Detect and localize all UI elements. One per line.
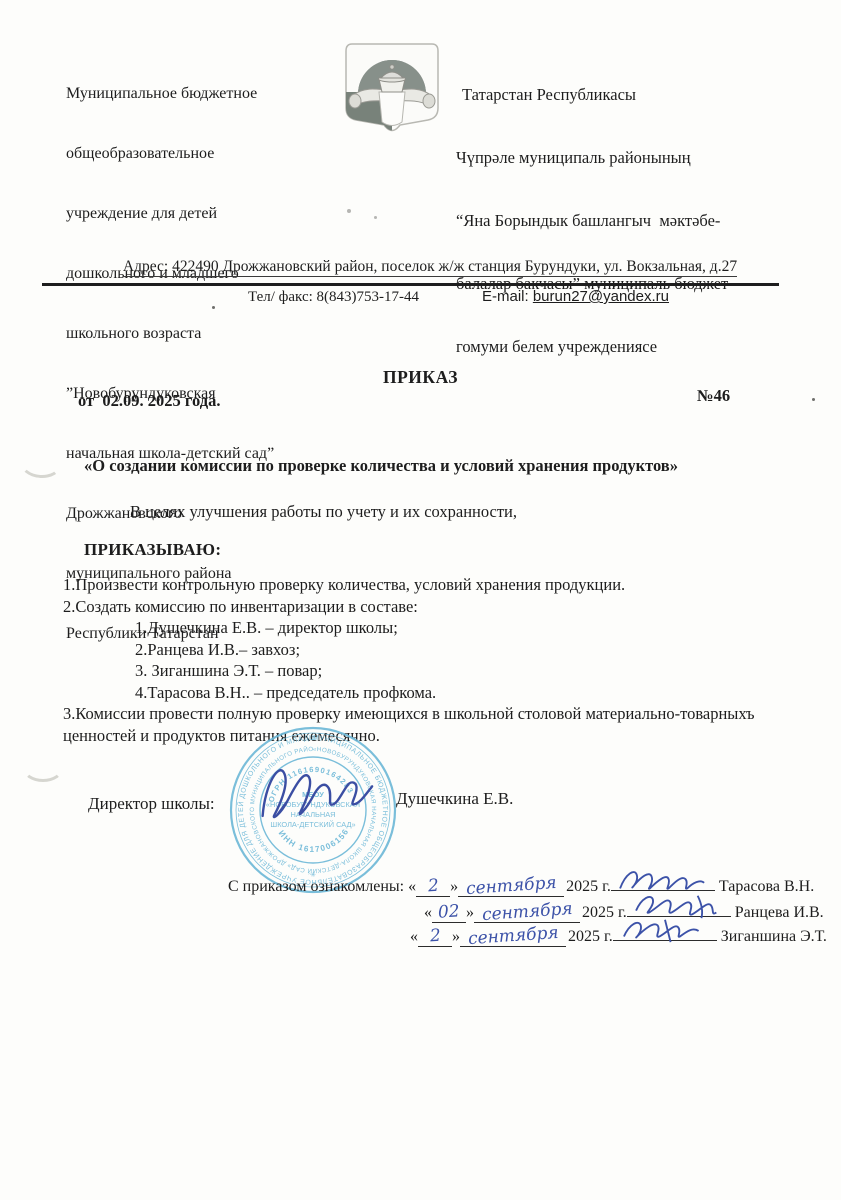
order-title: ПРИКАЗ	[0, 367, 841, 388]
ack-year: 2025 г.	[566, 878, 611, 895]
order-item-3: 3.Комиссии провести полную проверку имею…	[63, 703, 823, 746]
scan-artifact	[212, 306, 215, 309]
org-right-line: гомуми белем учреждениясе	[456, 336, 786, 357]
scan-artifact	[812, 398, 815, 401]
address-line: Адрес: 422490 Дрожжановский район, посел…	[70, 258, 790, 276]
phone-fax: Тел/ факс: 8(843)753-17-44	[248, 289, 419, 306]
scanned-order-document: Муниципальное бюджетное общеобразователь…	[0, 0, 841, 1200]
scan-artifact	[19, 447, 63, 480]
email-address: burun27@yandex.ru	[533, 288, 669, 305]
org-right-line: Татарстан Республикасы	[456, 84, 786, 105]
ack-name: Зиганшина Э.Т.	[721, 928, 827, 946]
email-label: E-mail:	[482, 288, 533, 305]
order-body: 1.Произвести контрольную проверку количе…	[63, 574, 823, 746]
org-left-line: учреждение для детей	[66, 204, 351, 224]
org-left-line: общеобразовательное	[66, 144, 351, 164]
ack-intro: С приказом ознакомлены:	[228, 878, 408, 895]
director-signature-scribble	[244, 741, 392, 835]
handwritten-month: сентября	[465, 876, 556, 896]
decree-word: ПРИКАЗЫВАЮ:	[84, 540, 221, 560]
commission-member: 3. Зиганшина Э.Т. – повар;	[135, 660, 823, 682]
school-emblem	[342, 42, 442, 138]
commission-member: 2.Ранцева И.В.– завхоз;	[135, 639, 823, 661]
director-label: Директор школы:	[88, 794, 215, 814]
handwritten-day: 2	[429, 929, 441, 944]
header-divider	[42, 283, 779, 286]
ack-signature-scribble	[611, 870, 715, 891]
order-item-2: 2.Создать комиссию по инвентаризации в с…	[63, 596, 823, 618]
commission-member: 4.Тарасова В.Н.. – председатель профкома…	[135, 682, 823, 704]
scan-artifact	[347, 209, 351, 213]
email-line: E-mail: burun27@yandex.ru	[482, 288, 669, 305]
scan-artifact	[374, 216, 377, 219]
scan-artifact	[22, 752, 64, 782]
org-right-line: “Яна Борындык башлангыч мәктәбе-	[456, 210, 786, 231]
order-number: №46	[697, 386, 730, 406]
org-right-line: Чүпрәле муниципаль районының	[456, 147, 786, 168]
org-left-line: Муниципальное бюджетное	[66, 84, 351, 104]
org-left-line: школьного возраста	[66, 324, 351, 344]
handwritten-day: 02	[438, 904, 461, 919]
ack-row: «2»сентября2025 г.Зиганшина Э.Т.	[410, 920, 827, 947]
ack-name: Тарасова В.Н.	[719, 878, 814, 896]
handwritten-day: 2	[427, 879, 439, 894]
commission-member: 1.Душечкина Е.В. – директор школы;	[135, 617, 823, 639]
order-date: от 02.09. 2025 года.	[78, 391, 220, 411]
director-name: Душечкина Е.В.	[396, 789, 513, 809]
order-item-1: 1.Произвести контрольную проверку количе…	[63, 574, 823, 596]
order-preamble: В целях улучшения работы по учету и их с…	[130, 502, 517, 522]
ack-signature-scribble	[627, 896, 731, 917]
order-subject: «О создании комиссии по проверке количес…	[84, 456, 804, 476]
org-name-tatar: Татарстан Республикасы Чүпрәле муниципал…	[456, 42, 786, 399]
handwritten-month: сентября	[467, 926, 558, 946]
ack-signature-scribble	[613, 920, 717, 941]
ack-year: 2025 г.	[568, 928, 613, 945]
